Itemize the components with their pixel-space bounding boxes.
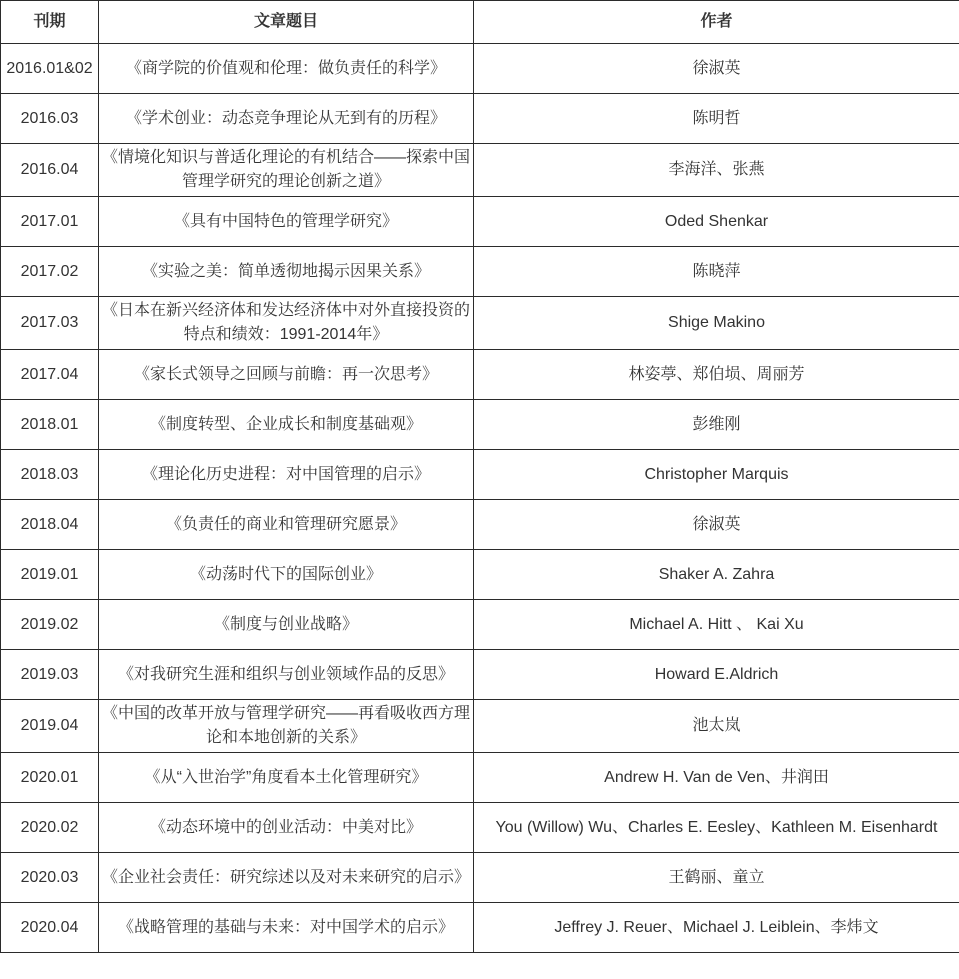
author-cell: Jeffrey J. Reuer、Michael J. Leiblein、李炜文 <box>474 903 959 953</box>
author-cell: 徐淑英 <box>474 500 959 550</box>
issue-cell: 2019.04 <box>1 700 99 753</box>
issue-cell: 2020.02 <box>1 803 99 853</box>
issue-cell: 2019.01 <box>1 550 99 600</box>
author-cell: Andrew H. Van de Ven、井润田 <box>474 753 959 803</box>
author-cell: 池太岚 <box>474 700 959 753</box>
issue-cell: 2016.01&02 <box>1 44 99 94</box>
issue-cell: 2018.03 <box>1 450 99 500</box>
issue-cell: 2016.04 <box>1 144 99 197</box>
author-cell: You (Willow) Wu、Charles E. Eesley、Kathle… <box>474 803 959 853</box>
title-cell: 《情境化知识与普适化理论的有机结合——探索中国管理学研究的理论创新之道》 <box>99 144 474 197</box>
articles-table: 刊期 文章题目 作者 2016.01&02 《商学院的价值观和伦理：做负责任的科… <box>0 0 959 953</box>
author-cell: 王鹤丽、童立 <box>474 853 959 903</box>
journal-articles-page: 刊期 文章题目 作者 2016.01&02 《商学院的价值观和伦理：做负责任的科… <box>0 0 959 953</box>
issue-cell: 2020.03 <box>1 853 99 903</box>
table-header: 刊期 文章题目 作者 <box>1 1 959 44</box>
issue-cell: 2017.04 <box>1 350 99 400</box>
table-row: 2017.02 《实验之美：简单透彻地揭示因果关系》 陈晓萍 <box>1 247 959 297</box>
table-row: 2020.01 《从“入世治学”角度看本土化管理研究》 Andrew H. Va… <box>1 753 959 803</box>
issue-cell: 2017.02 <box>1 247 99 297</box>
title-cell: 《商学院的价值观和伦理：做负责任的科学》 <box>99 44 474 94</box>
table-row: 2016.04 《情境化知识与普适化理论的有机结合——探索中国管理学研究的理论创… <box>1 144 959 197</box>
table-row: 2019.02 《制度与创业战略》 Michael A. Hitt 、 Kai … <box>1 600 959 650</box>
issue-cell: 2019.02 <box>1 600 99 650</box>
author-cell: Oded Shenkar <box>474 197 959 247</box>
title-cell: 《制度转型、企业成长和制度基础观》 <box>99 400 474 450</box>
author-cell: Christopher Marquis <box>474 450 959 500</box>
table-row: 2017.01 《具有中国特色的管理学研究》 Oded Shenkar <box>1 197 959 247</box>
author-cell: Michael A. Hitt 、 Kai Xu <box>474 600 959 650</box>
title-cell: 《家长式领导之回顾与前瞻：再一次思考》 <box>99 350 474 400</box>
table-row: 2020.03 《企业社会责任：研究综述以及对未来研究的启示》 王鹤丽、童立 <box>1 853 959 903</box>
author-cell: 徐淑英 <box>474 44 959 94</box>
issue-cell: 2018.01 <box>1 400 99 450</box>
author-cell: Howard E.Aldrich <box>474 650 959 700</box>
table-row: 2020.04 《战略管理的基础与未来：对中国学术的启示》 Jeffrey J.… <box>1 903 959 953</box>
title-cell: 《从“入世治学”角度看本土化管理研究》 <box>99 753 474 803</box>
issue-cell: 2018.04 <box>1 500 99 550</box>
title-cell: 《学术创业：动态竞争理论从无到有的历程》 <box>99 94 474 144</box>
table-row: 2016.01&02 《商学院的价值观和伦理：做负责任的科学》 徐淑英 <box>1 44 959 94</box>
column-header-title: 文章题目 <box>99 1 474 44</box>
title-cell: 《日本在新兴经济体和发达经济体中对外直接投资的特点和绩效：1991-2014年》 <box>99 297 474 350</box>
table-row: 2018.03 《理论化历史进程：对中国管理的启示》 Christopher M… <box>1 450 959 500</box>
issue-cell: 2019.03 <box>1 650 99 700</box>
title-cell: 《战略管理的基础与未来：对中国学术的启示》 <box>99 903 474 953</box>
title-cell: 《实验之美：简单透彻地揭示因果关系》 <box>99 247 474 297</box>
table-row: 2020.02 《动态环境中的创业活动：中美对比》 You (Willow) W… <box>1 803 959 853</box>
table-row: 2019.04 《中国的改革开放与管理学研究——再看吸收西方理论和本地创新的关系… <box>1 700 959 753</box>
title-cell: 《动荡时代下的国际创业》 <box>99 550 474 600</box>
author-cell: 林姿葶、郑伯埙、周丽芳 <box>474 350 959 400</box>
table-row: 2019.01 《动荡时代下的国际创业》 Shaker A. Zahra <box>1 550 959 600</box>
table-row: 2017.04 《家长式领导之回顾与前瞻：再一次思考》 林姿葶、郑伯埙、周丽芳 <box>1 350 959 400</box>
title-cell: 《动态环境中的创业活动：中美对比》 <box>99 803 474 853</box>
issue-cell: 2020.04 <box>1 903 99 953</box>
header-row: 刊期 文章题目 作者 <box>1 1 959 44</box>
table-row: 2018.04 《负责任的商业和管理研究愿景》 徐淑英 <box>1 500 959 550</box>
author-cell: 陈明哲 <box>474 94 959 144</box>
title-cell: 《具有中国特色的管理学研究》 <box>99 197 474 247</box>
issue-cell: 2017.03 <box>1 297 99 350</box>
column-header-issue: 刊期 <box>1 1 99 44</box>
title-cell: 《中国的改革开放与管理学研究——再看吸收西方理论和本地创新的关系》 <box>99 700 474 753</box>
column-header-author: 作者 <box>474 1 959 44</box>
table-row: 2017.03 《日本在新兴经济体和发达经济体中对外直接投资的特点和绩效：199… <box>1 297 959 350</box>
table-row: 2018.01 《制度转型、企业成长和制度基础观》 彭维刚 <box>1 400 959 450</box>
title-cell: 《制度与创业战略》 <box>99 600 474 650</box>
title-cell: 《理论化历史进程：对中国管理的启示》 <box>99 450 474 500</box>
author-cell: 彭维刚 <box>474 400 959 450</box>
author-cell: 陈晓萍 <box>474 247 959 297</box>
title-cell: 《企业社会责任：研究综述以及对未来研究的启示》 <box>99 853 474 903</box>
table-body: 2016.01&02 《商学院的价值观和伦理：做负责任的科学》 徐淑英 2016… <box>1 44 959 953</box>
title-cell: 《负责任的商业和管理研究愿景》 <box>99 500 474 550</box>
issue-cell: 2017.01 <box>1 197 99 247</box>
title-cell: 《对我研究生涯和组织与创业领域作品的反思》 <box>99 650 474 700</box>
author-cell: Shige Makino <box>474 297 959 350</box>
author-cell: 李海洋、张燕 <box>474 144 959 197</box>
table-row: 2016.03 《学术创业：动态竞争理论从无到有的历程》 陈明哲 <box>1 94 959 144</box>
author-cell: Shaker A. Zahra <box>474 550 959 600</box>
table-row: 2019.03 《对我研究生涯和组织与创业领域作品的反思》 Howard E.A… <box>1 650 959 700</box>
issue-cell: 2016.03 <box>1 94 99 144</box>
issue-cell: 2020.01 <box>1 753 99 803</box>
